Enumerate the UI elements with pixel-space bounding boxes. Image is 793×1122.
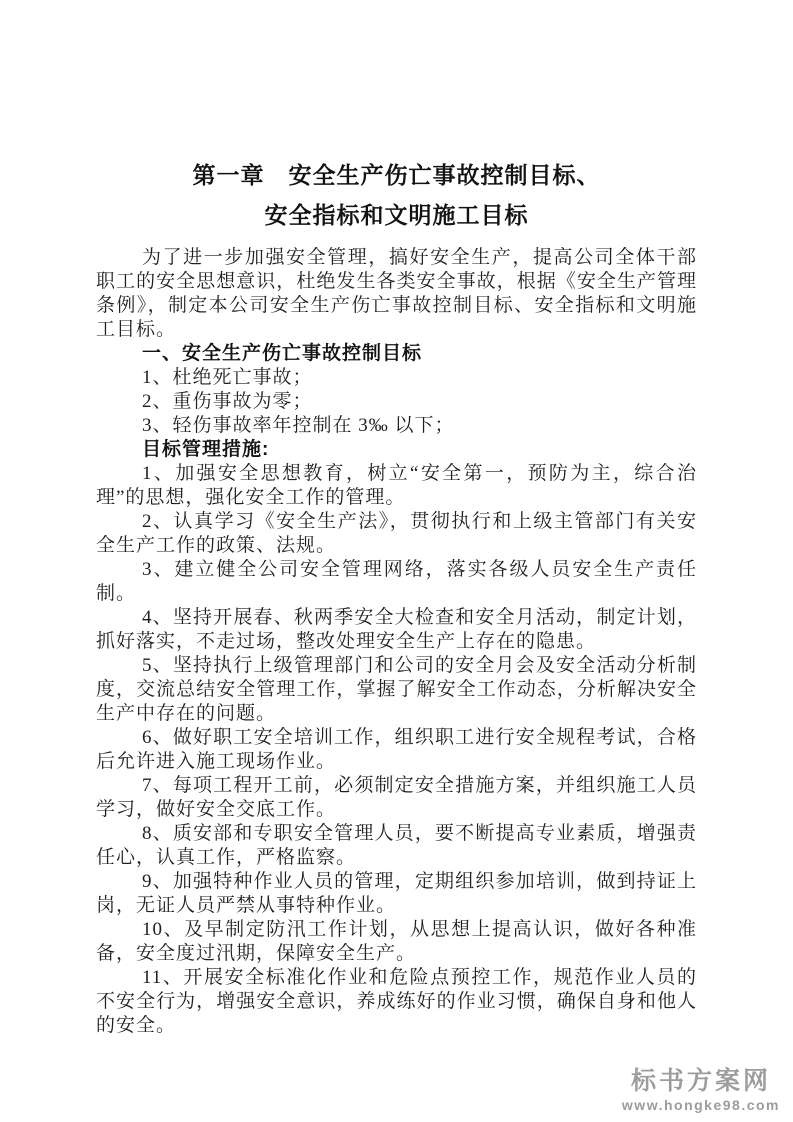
measure-item-10: 10、及早制定防汛工作计划，从思想上提高认识，做好各种准备，安全度过汛期，保障安…: [96, 918, 697, 966]
measure-item-4: 4、坚持开展春、秋两季安全大检查和安全月活动，制定计划，抓好落实，不走过场，整改…: [96, 606, 697, 654]
measure-item-9: 9、加强特种作业人员的管理，定期组织参加培训，做到持证上岗，无证人员严禁从事特种…: [96, 870, 697, 918]
chapter-title-line1: 第一章 安全生产伤亡事故控制目标、: [96, 155, 697, 195]
measure-item-5: 5、坚持执行上级管理部门和公司的安全月会及安全活动分析制度，交流总结安全管理工作…: [96, 654, 697, 726]
watermark-site-url: www.hongke98.com: [622, 1098, 780, 1112]
document-page: 第一章 安全生产伤亡事故控制目标、 安全指标和文明施工目标 为了进一步加强安全管…: [0, 0, 793, 1122]
document-body: 为了进一步加强安全管理，搞好安全生产，提高公司全体干部职工的安全思想意识，杜绝发…: [96, 246, 697, 1038]
measure-item-1: 1、加强安全思想教育，树立“安全第一，预防为主，综合治理”的思想，强化安全工作的…: [96, 462, 697, 510]
chapter-title-line2: 安全指标和文明施工目标: [96, 195, 697, 235]
watermark-site-name: 标书方案网: [622, 1069, 780, 1094]
target-item-1: 1、杜绝死亡事故；: [96, 366, 697, 390]
target-item-2: 2、重伤事故为零；: [96, 390, 697, 414]
measure-item-8: 8、质安部和专职安全管理人员，要不断提高专业素质，增强责任心，认真工作，严格监察…: [96, 822, 697, 870]
measures-heading: 目标管理措施:: [96, 438, 697, 462]
chapter-title: 第一章 安全生产伤亡事故控制目标、 安全指标和文明施工目标: [96, 155, 697, 235]
section-heading: 一、安全生产伤亡事故控制目标: [96, 342, 697, 366]
watermark: 标书方案网 www.hongke98.com: [622, 1069, 780, 1112]
measure-item-6: 6、做好职工安全培训工作，组织职工进行安全规程考试，合格后允许进入施工现场作业。: [96, 726, 697, 774]
measure-item-7: 7、每项工程开工前，必须制定安全措施方案，并组织施工人员学习，做好安全交底工作。: [96, 774, 697, 822]
target-item-3: 3、轻伤事故率年控制在 3‰ 以下；: [96, 414, 697, 438]
measure-item-2: 2、认真学习《安全生产法》，贯彻执行和上级主管部门有关安全生产工作的政策、法规。: [96, 510, 697, 558]
measure-item-3: 3、建立健全公司安全管理网络，落实各级人员安全生产责任制。: [96, 558, 697, 606]
measure-item-11: 11、开展安全标准化作业和危险点预控工作，规范作业人员的不安全行为，增强安全意识…: [96, 966, 697, 1038]
intro-paragraph: 为了进一步加强安全管理，搞好安全生产，提高公司全体干部职工的安全思想意识，杜绝发…: [96, 246, 697, 342]
